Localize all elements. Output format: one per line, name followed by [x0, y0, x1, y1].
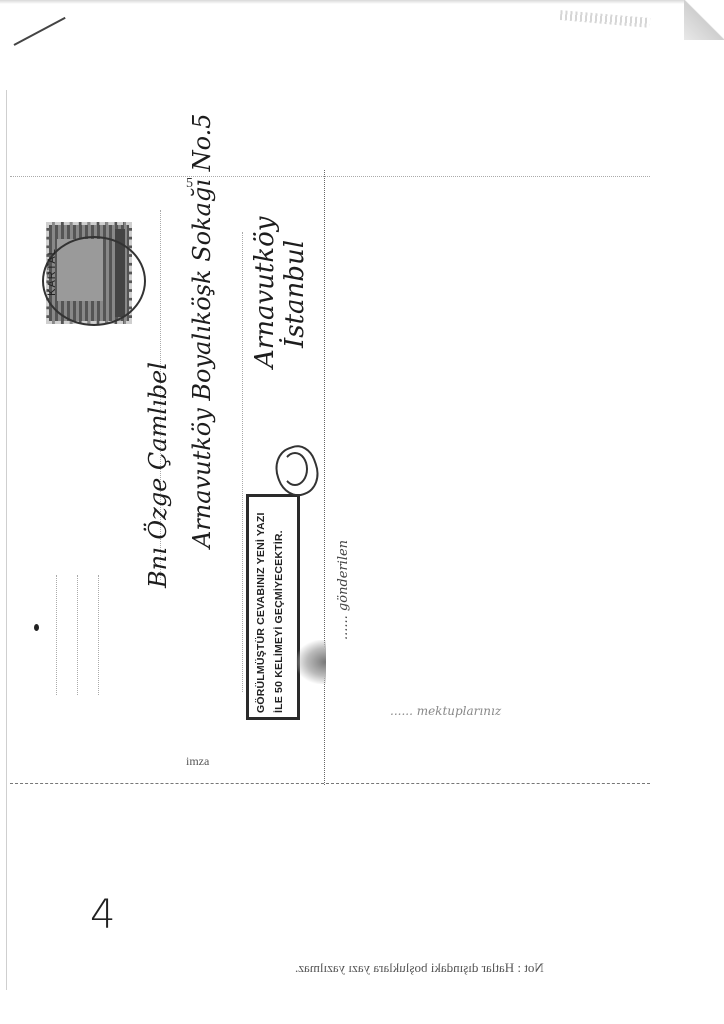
censor-stamp: GÖRÜLMÜŞTÜR CEVABINIZ YENİ YAZI İLE 50 K…: [246, 494, 300, 720]
pen-stroke: [14, 17, 66, 46]
address-line: [56, 575, 57, 695]
recipient-district: Arnavutköy: [250, 217, 280, 368]
censor-stamp-line1: GÖRÜLMÜŞTÜR CEVABINIZ YENİ YAZI: [255, 512, 267, 713]
recipient-street: Arnavutköy Boyalıköşk Sokağı No.5: [188, 113, 216, 548]
signature-label: imza: [186, 754, 209, 769]
recipient-name: Bnı Özge Çamlıbel: [144, 362, 172, 588]
card-top-border: [10, 176, 650, 177]
handwritten-page-number: 4: [90, 892, 115, 938]
recipient-city: İstanbul: [280, 240, 310, 348]
faint-handwriting: ...... mektuplarınız: [390, 704, 501, 718]
scan-left-edge: [6, 90, 7, 990]
scan-top-edge: [0, 0, 690, 4]
postmark-text: KARTAL: [46, 248, 58, 296]
footer-note: Not : Hatlar dışındaki boşluklara yazı y…: [295, 960, 544, 976]
censor-stamp-line2: İLE 50 KELİMEYİ GEÇMİYECEKTİR.: [273, 530, 285, 713]
folded-corner: [684, 0, 724, 40]
ink-smear: [296, 640, 326, 684]
censor-signature-loop: [282, 452, 308, 486]
ink-blot: [34, 624, 39, 631]
address-line: [77, 575, 78, 695]
card-center-divider: [324, 170, 325, 785]
address-line: [242, 232, 243, 692]
address-line: [98, 575, 99, 695]
card-bottom-border: [10, 783, 650, 784]
faint-handwriting: ...... gönderilen: [336, 540, 351, 640]
scan-noise: [560, 10, 651, 28]
